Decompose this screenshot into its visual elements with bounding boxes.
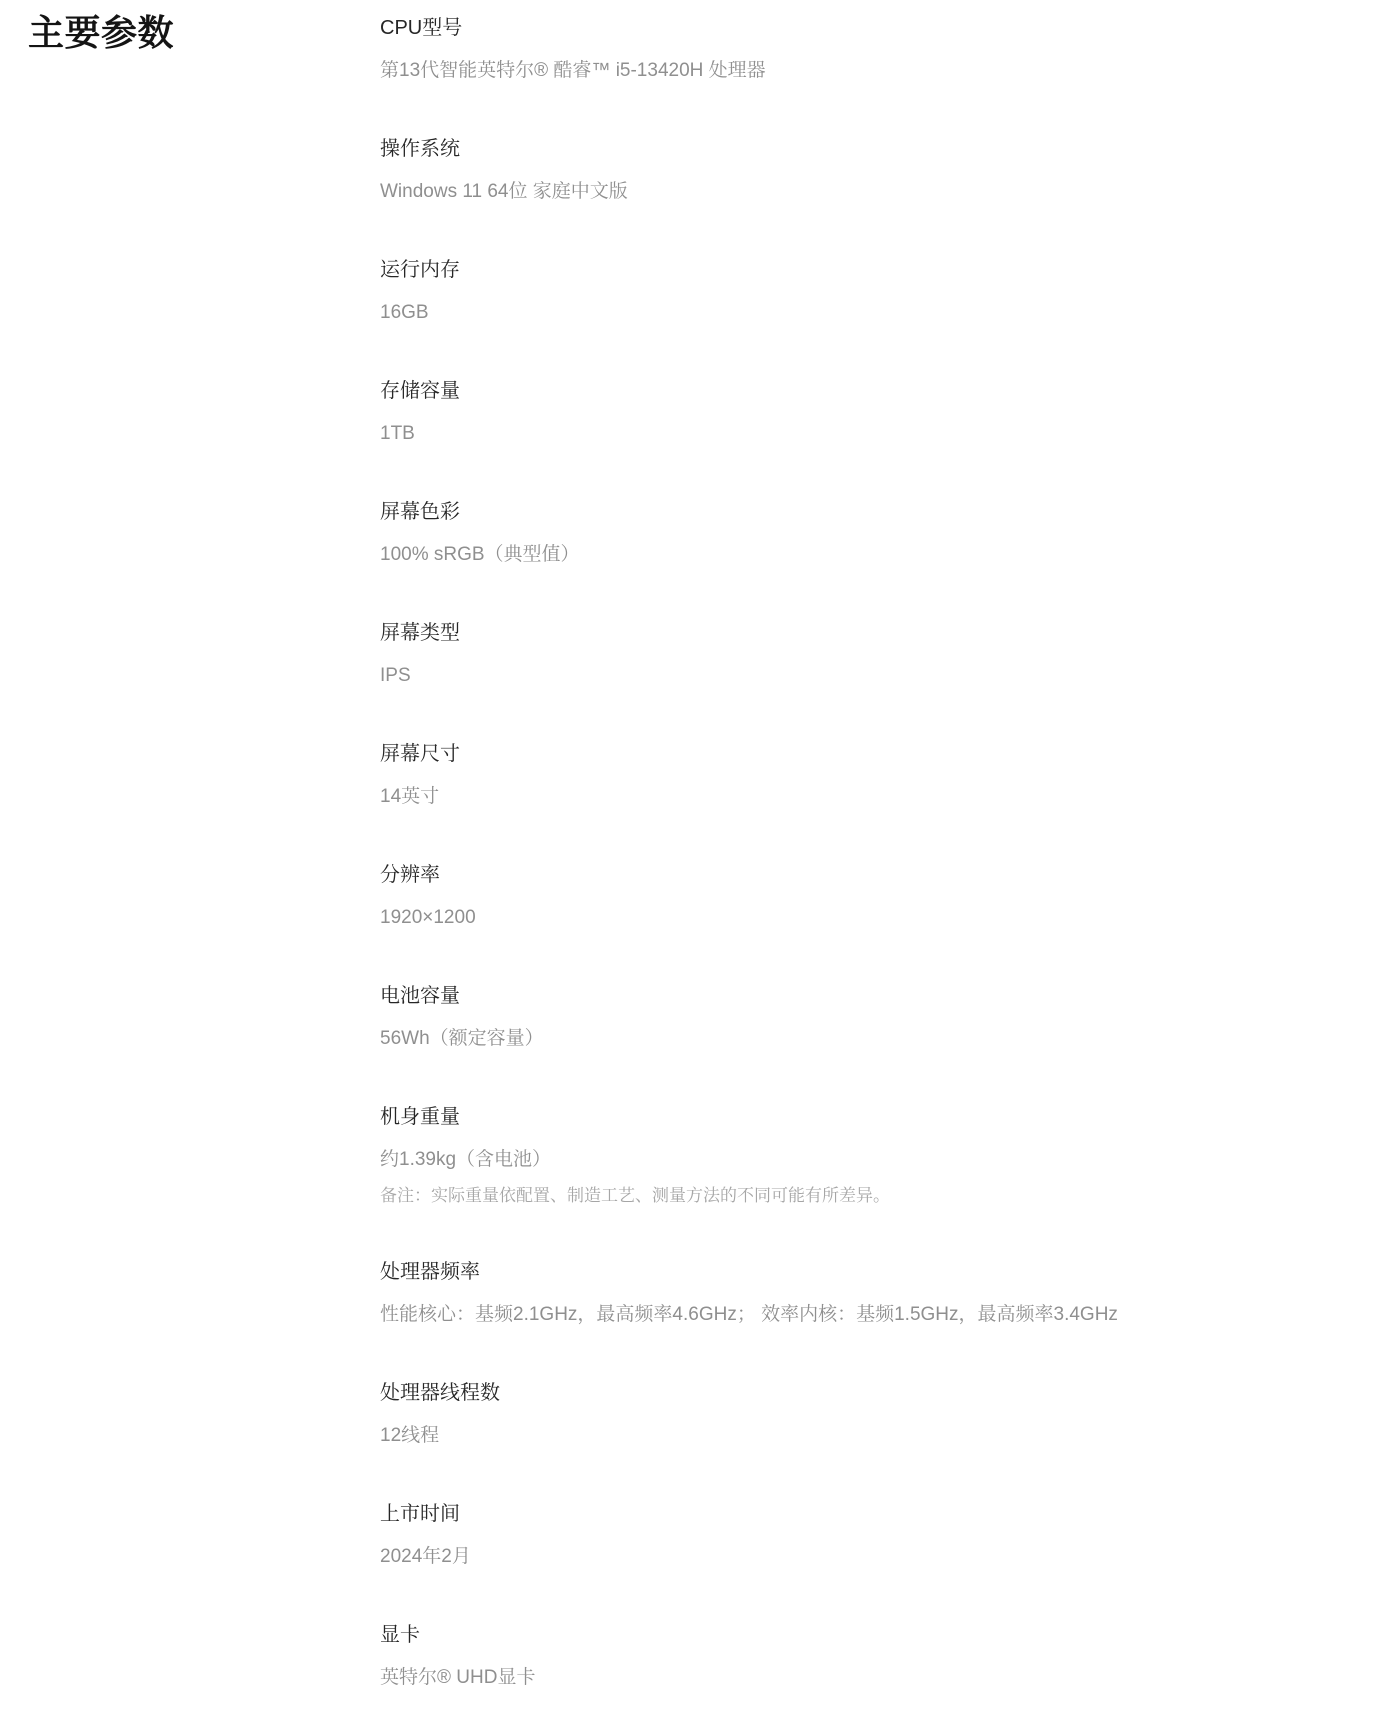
spec-label: 分辨率 [380,861,1350,889]
spec-label: 处理器频率 [380,1258,1350,1286]
spec-label: 存储容量 [380,377,1350,405]
spec-row: 处理器线程数 12线程 [380,1379,1350,1450]
spec-label: 上市时间 [380,1500,1350,1528]
spec-row: 存储容量 1TB [380,377,1350,448]
section-heading: 主要参数 [28,12,174,54]
spec-row: 运行内存 16GB [380,256,1350,327]
spec-row: 屏幕尺寸 14英寸 [380,740,1350,811]
spec-label: 机身重量 [380,1103,1350,1131]
spec-value: IPS [380,662,1350,690]
spec-note: 备注：实际重量依配置、制造工艺、测量方法的不同可能有所差异。 [380,1184,1350,1208]
spec-row: 机身重量 约1.39kg（含电池） 备注：实际重量依配置、制造工艺、测量方法的不… [380,1103,1350,1208]
spec-label: 操作系统 [380,135,1350,163]
spec-label: 屏幕色彩 [380,498,1350,526]
spec-row: 处理器频率 性能核心：基频2.1GHz，最高频率4.6GHz； 效率内核：基频1… [380,1258,1350,1329]
page-title: 主要参数 [28,12,174,54]
spec-row: 电池容量 56Wh（额定容量） [380,982,1350,1053]
spec-value: 第13代智能英特尔® 酷睿™ i5-13420H 处理器 [380,57,1350,85]
spec-label: 显卡 [380,1621,1350,1649]
spec-value: 16GB [380,299,1350,327]
spec-label: CPU型号 [380,14,1350,42]
spec-value: 1TB [380,420,1350,448]
spec-row: 操作系统 Windows 11 64位 家庭中文版 [380,135,1350,206]
spec-value: 1920×1200 [380,904,1350,932]
spec-value: 12线程 [380,1422,1350,1450]
spec-value: Windows 11 64位 家庭中文版 [380,178,1350,206]
spec-label: 处理器线程数 [380,1379,1350,1407]
spec-row: CPU型号 第13代智能英特尔® 酷睿™ i5-13420H 处理器 [380,14,1350,85]
spec-value: 56Wh（额定容量） [380,1025,1350,1053]
spec-label: 电池容量 [380,982,1350,1010]
spec-value: 约1.39kg（含电池） [380,1146,1350,1174]
spec-row: 屏幕色彩 100% sRGB（典型值） [380,498,1350,569]
spec-row: 屏幕类型 IPS [380,619,1350,690]
spec-row: 显卡 英特尔® UHD显卡 [380,1621,1350,1692]
spec-value: 100% sRGB（典型值） [380,541,1350,569]
spec-label: 屏幕类型 [380,619,1350,647]
spec-value: 14英寸 [380,783,1350,811]
spec-value: 性能核心：基频2.1GHz，最高频率4.6GHz； 效率内核：基频1.5GHz，… [380,1301,1350,1329]
product-specs-page: 主要参数 CPU型号 第13代智能英特尔® 酷睿™ i5-13420H 处理器 … [0,0,1396,1734]
spec-label: 屏幕尺寸 [380,740,1350,768]
spec-list: CPU型号 第13代智能英特尔® 酷睿™ i5-13420H 处理器 操作系统 … [380,14,1350,1734]
spec-value: 英特尔® UHD显卡 [380,1664,1350,1692]
spec-row: 分辨率 1920×1200 [380,861,1350,932]
spec-row: 上市时间 2024年2月 [380,1500,1350,1571]
spec-value: 2024年2月 [380,1543,1350,1571]
spec-label: 运行内存 [380,256,1350,284]
